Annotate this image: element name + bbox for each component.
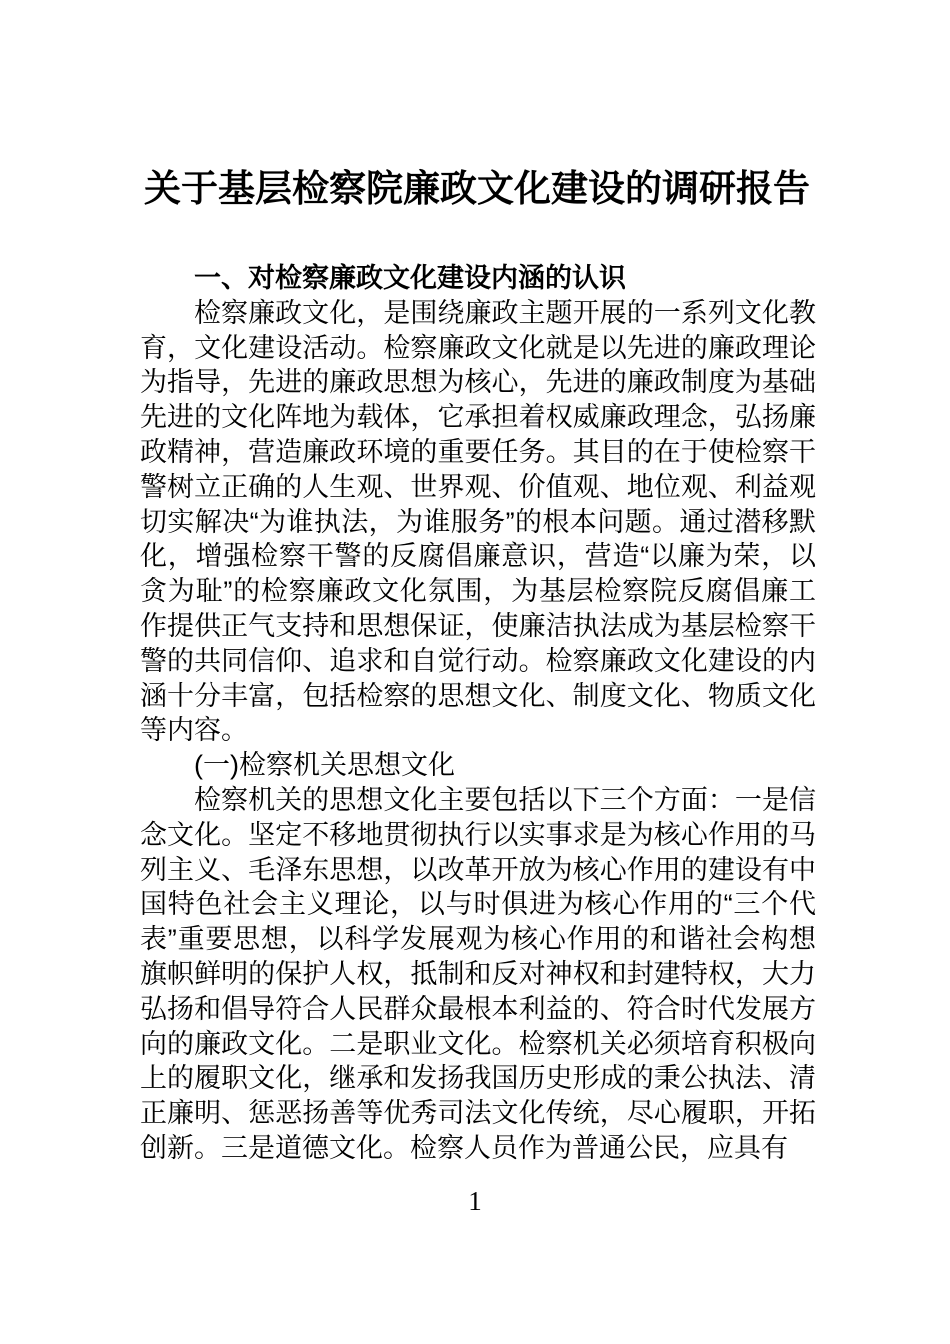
paragraph-2: 检察机关的思想文化主要包括以下三个方面：一是信念文化。坚定不移地贯彻执行以实事求… (140, 783, 816, 1166)
section-heading: 一、对检察廉政文化建设内涵的认识 (140, 261, 816, 296)
document-title: 关于基层检察院廉政文化建设的调研报告 (138, 166, 816, 212)
paragraph-1: 检察廉政文化，是围绕廉政主题开展的一系列文化教育，文化建设活动。检察廉政文化就是… (140, 296, 816, 748)
subsection-heading: (一)检察机关思想文化 (140, 748, 816, 783)
document-page: 关于基层检察院廉政文化建设的调研报告 一、对检察廉政文化建设内涵的认识 检察廉政… (0, 0, 950, 1344)
page-number: 1 (0, 1184, 950, 1218)
document-body: 一、对检察廉政文化建设内涵的认识 检察廉政文化，是围绕廉政主题开展的一系列文化教… (140, 261, 816, 1166)
